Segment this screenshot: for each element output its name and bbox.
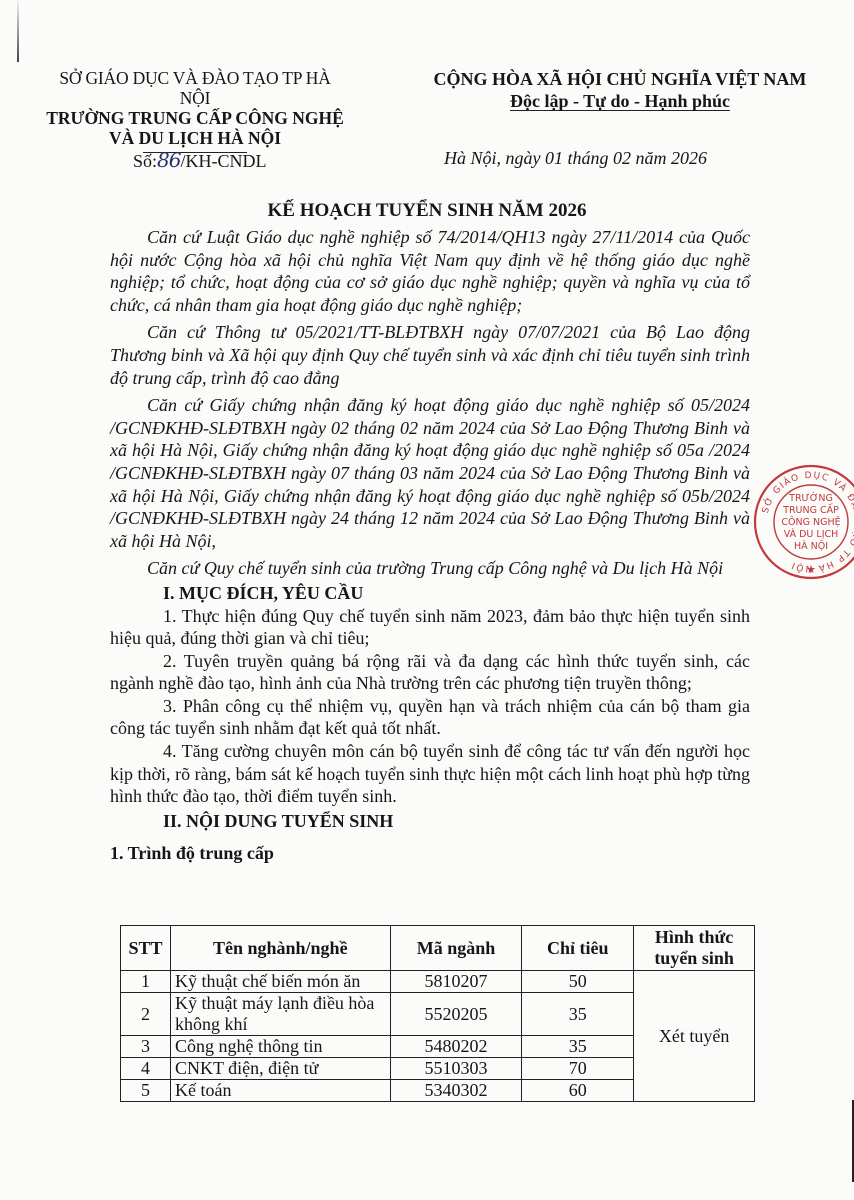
col-header-code: Mã ngành — [390, 926, 522, 971]
svg-text:★: ★ — [806, 564, 816, 576]
legal-basis-4: Căn cứ Quy chế tuyển sinh của trường Tru… — [110, 557, 750, 580]
school-name-line2: VÀ DU LỊCH HÀ NỘI — [109, 128, 281, 150]
cell-code: 5520205 — [390, 993, 522, 1036]
department-name: SỞ GIÁO DỤC VÀ ĐÀO TẠO TP HÀ NỘI — [45, 68, 345, 108]
cell-code: 5810207 — [390, 971, 522, 993]
cell-quota: 70 — [522, 1058, 634, 1080]
document-date: Hà Nội, ngày 01 tháng 02 năm 2026 — [444, 148, 707, 169]
cell-name: Kế toán — [170, 1080, 390, 1102]
cell-code: 5510303 — [390, 1058, 522, 1080]
school-seal-stamp: SỞ GIÁO DỤC VÀ ĐÀO TẠO TP HÀ NỘI TRƯỜNGT… — [752, 463, 854, 581]
cell-name: Công nghệ thông tin — [170, 1036, 390, 1058]
national-motto: Độc lập - Tự do - Hạnh phúc — [510, 92, 730, 111]
svg-text:TRƯỜNG: TRƯỜNG — [788, 492, 833, 504]
issuer-header: SỞ GIÁO DỤC VÀ ĐÀO TẠO TP HÀ NỘI TRƯỜNG … — [45, 68, 345, 153]
col-header-method: Hình thức tuyển sinh — [634, 926, 755, 971]
purpose-item-2: 2. Tuyên truyền quảng bá rộng rãi và đa … — [110, 650, 750, 695]
legal-basis-1: Căn cứ Luật Giáo dục nghề nghiệp số 74/2… — [110, 226, 750, 316]
cell-quota: 50 — [522, 971, 634, 993]
col-header-stt: STT — [121, 926, 171, 971]
doc-number-prefix: Số: — [133, 151, 157, 171]
cell-code: 5340302 — [390, 1080, 522, 1102]
col-header-quota: Chỉ tiêu — [522, 926, 634, 971]
purpose-item-4: 4. Tăng cường chuyên môn cán bộ tuyển si… — [110, 740, 750, 808]
scan-edge-mark — [17, 0, 19, 62]
svg-text:VÀ DU LỊCH: VÀ DU LỊCH — [784, 528, 839, 540]
svg-text:TRUNG CẤP: TRUNG CẤP — [782, 504, 839, 516]
svg-text:CÔNG NGHỆ: CÔNG NGHỆ — [781, 516, 840, 528]
cell-quota: 35 — [522, 993, 634, 1036]
doc-number-handwritten: 86 — [157, 148, 180, 172]
country-name: CỘNG HÒA XÃ HỘI CHỦ NGHĨA VIỆT NAM — [420, 68, 820, 90]
legal-basis-2: Căn cứ Thông tư 05/2021/TT-BLĐTBXH ngày … — [110, 321, 750, 389]
section-heading-purpose: I. MỤC ĐÍCH, YÊU CẦU — [163, 582, 750, 605]
legal-basis-3: Căn cứ Giấy chứng nhận đăng ký hoạt động… — [110, 394, 750, 552]
seal-icon: SỞ GIÁO DỤC VÀ ĐÀO TẠO TP HÀ NỘI TRƯỜNGT… — [752, 463, 854, 581]
doc-number-suffix: /KH-CNDL — [180, 151, 266, 171]
cell-name: CNKT điện, điện tử — [170, 1058, 390, 1080]
national-header: CỘNG HÒA XÃ HỘI CHỦ NGHĨA VIỆT NAM Độc l… — [420, 68, 820, 112]
document-body: Căn cứ Luật Giáo dục nghề nghiệp số 74/2… — [110, 226, 750, 865]
cell-quota: 35 — [522, 1036, 634, 1058]
cell-stt: 5 — [121, 1080, 171, 1102]
purpose-item-1: 1. Thực hiện đúng Quy chế tuyển sinh năm… — [110, 605, 750, 650]
svg-text:HÀ NỘI: HÀ NỘI — [794, 540, 828, 552]
cell-quota: 60 — [522, 1080, 634, 1102]
table-header-row: STT Tên nghành/nghề Mã ngành Chỉ tiêu Hì… — [121, 926, 755, 971]
table-row: 1Kỹ thuật chế biến món ăn581020750Xét tu… — [121, 971, 755, 993]
cell-stt: 3 — [121, 1036, 171, 1058]
subsection-heading-level: 1. Trình độ trung cấp — [110, 842, 750, 865]
cell-name: Kỹ thuật chế biến món ăn — [170, 971, 390, 993]
cell-stt: 2 — [121, 993, 171, 1036]
cell-stt: 1 — [121, 971, 171, 993]
cell-stt: 4 — [121, 1058, 171, 1080]
document-title: KẾ HOẠCH TUYỂN SINH NĂM 2026 — [0, 200, 854, 222]
document-number: Số:86/KH-CNDL — [133, 148, 266, 172]
enrollment-quota-table: STT Tên nghành/nghề Mã ngành Chỉ tiêu Hì… — [120, 925, 755, 1102]
cell-name: Kỹ thuật máy lạnh điều hòa không khí — [170, 993, 390, 1036]
section-heading-content: II. NỘI DUNG TUYỂN SINH — [163, 810, 750, 833]
purpose-item-3: 3. Phân công cụ thể nhiệm vụ, quyền hạn … — [110, 695, 750, 740]
cell-code: 5480202 — [390, 1036, 522, 1058]
col-header-name: Tên nghành/nghề — [170, 926, 390, 971]
school-name-line1: TRƯỜNG TRUNG CẤP CÔNG NGHỆ — [45, 108, 345, 128]
cell-admission-method: Xét tuyển — [634, 971, 755, 1102]
